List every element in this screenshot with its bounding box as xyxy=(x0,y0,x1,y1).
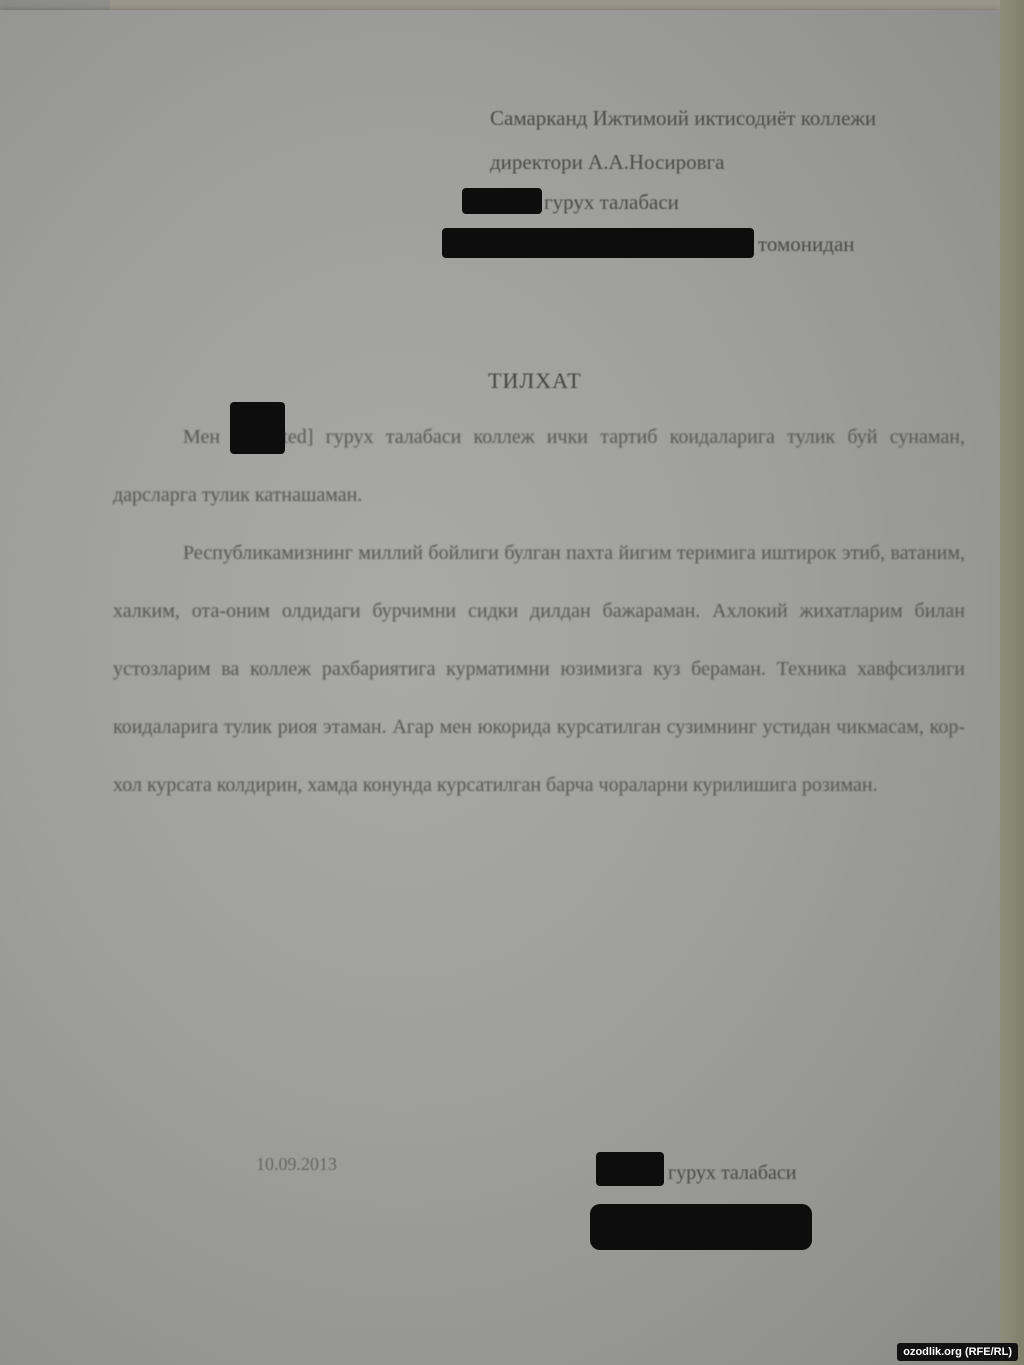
redaction-signature-group xyxy=(596,1152,664,1186)
addressee-line-3: гурух талабаси xyxy=(544,190,679,215)
redaction-student-name xyxy=(442,228,754,258)
addressee-line-1: Самарканд Ижтимоий иктисодиёт коллежи xyxy=(490,106,876,131)
redaction-group-number xyxy=(462,188,542,214)
addressee-line-2: директори А.А.Носировга xyxy=(490,150,725,175)
redaction-inline-group xyxy=(230,402,285,454)
paragraph-2: Республикамизнинг миллий бойлиги булган … xyxy=(113,524,965,814)
signature-label: гурух талабаси xyxy=(668,1162,796,1185)
addressee-line-4: томонидан xyxy=(758,232,855,257)
table-edge xyxy=(1000,0,1024,1365)
document-sheet: Самарканд Ижтимоий иктисодиёт коллежи ди… xyxy=(0,10,1000,1365)
watermark: ozodlik.org (RFE/RL) xyxy=(897,1343,1018,1361)
document-title: ТИЛХАТ xyxy=(488,368,582,394)
document-date: 10.09.2013 xyxy=(256,1154,337,1175)
redaction-signature-name xyxy=(590,1204,812,1250)
